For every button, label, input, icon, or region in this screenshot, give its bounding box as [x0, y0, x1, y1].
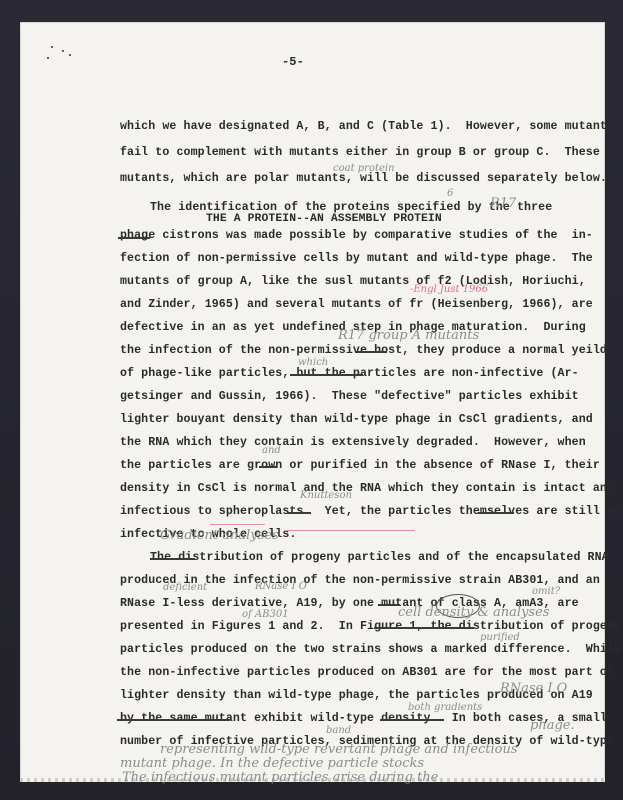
handwritten-note: and — [262, 445, 281, 456]
handwritten-note: R17 group A mutants — [338, 330, 479, 341]
text-line: lighter bouyant density than wild-type p… — [120, 413, 593, 427]
text-line: the RNA which they contain is extensivel… — [120, 436, 586, 450]
handwritten-note: deficient — [163, 582, 207, 593]
handwritten-note: Knutteson — [300, 490, 352, 501]
handwritten-note: phage. — [530, 720, 575, 731]
pink-mark — [285, 530, 415, 531]
handwritten-note: -Engl Just 1966 — [410, 284, 488, 295]
text-line: fection of non-permissive cells by mutan… — [120, 252, 593, 266]
handwritten-note: 6 — [447, 188, 453, 199]
handwritten-note: coat protein — [333, 163, 395, 174]
strikethrough-mark — [374, 627, 474, 629]
strikethrough-mark — [287, 512, 311, 514]
text-line: presented in Figures 1 and 2. In Figure … — [120, 620, 621, 634]
paper-speck — [69, 54, 71, 56]
text-line: density in CsCl is normal and the RNA wh… — [120, 482, 614, 496]
strikethrough-mark — [380, 719, 444, 721]
text-line: which we have designated A, B, and C (Ta… — [120, 120, 614, 134]
paper-speck — [62, 50, 64, 52]
text-line: mutants, which are polar mutants, will b… — [120, 172, 607, 186]
text-line: infectious to spheroplasts. Yet, the par… — [120, 505, 623, 519]
text-line: phage cistrons was made possible by comp… — [120, 229, 593, 243]
strikethrough-mark — [118, 237, 150, 239]
text-line: mutants of group A, like the susl mutant… — [120, 275, 586, 289]
text-line: fail to complement with mutants either i… — [120, 146, 600, 160]
handwritten-note: omit? — [532, 586, 560, 597]
handwritten-note: which — [298, 357, 328, 368]
handwritten-note: RNase I O — [500, 683, 567, 694]
text-line: the non-infective particles produced on … — [120, 666, 614, 680]
handwritten-note: both gradients — [408, 702, 482, 713]
handwritten-note: R17 — [490, 198, 516, 209]
handwritten-note: of AB301 — [242, 609, 289, 620]
page-number: -5- — [282, 55, 304, 69]
handwritten-note: purified — [480, 632, 520, 643]
handwritten-note: representing wild-type revertant phage a… — [160, 744, 518, 755]
text-line: particles produced on the two strains sh… — [120, 643, 621, 657]
strikethrough-mark — [478, 512, 514, 514]
handwritten-note: The infectious mutant particles arise du… — [122, 772, 438, 783]
handwritten-note: Gradient analyses — [160, 530, 279, 541]
handwritten-note: band — [326, 725, 351, 736]
strikethrough-mark — [117, 719, 230, 721]
paper-speck — [51, 46, 53, 48]
text-line: getsinger and Gussin, 1966). These "defe… — [120, 390, 579, 404]
handwritten-note: cell density & analyses — [398, 607, 549, 618]
text-line: The distribution of progeny particles an… — [150, 551, 609, 565]
pink-mark — [210, 524, 265, 525]
handwritten-note: mutant phage. In the defective particle … — [120, 758, 424, 769]
handwritten-note: RNase I O — [255, 581, 307, 592]
strikethrough-mark — [357, 351, 387, 353]
paper-speck — [47, 57, 49, 59]
text-line: and Zinder, 1965) and several mutants of… — [120, 298, 593, 312]
text-line: the particles are grown or purified in t… — [120, 459, 600, 473]
strikethrough-mark — [259, 466, 276, 468]
strikethrough-mark — [150, 558, 195, 560]
strikethrough-mark — [290, 374, 363, 376]
strikethrough-mark — [378, 604, 400, 606]
